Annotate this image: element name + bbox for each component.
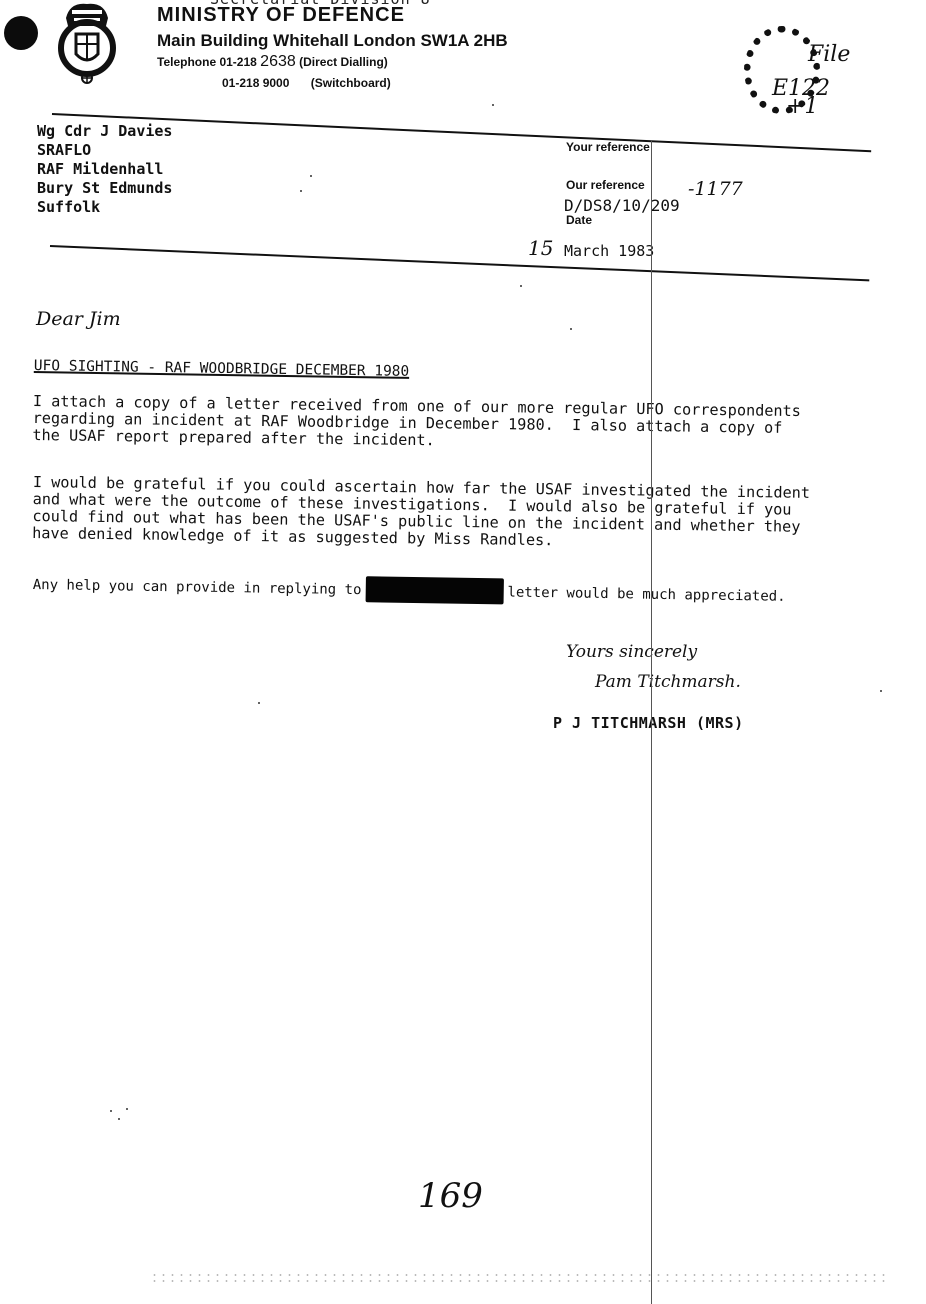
paragraph-text: letter would be much appreciated.	[507, 584, 785, 604]
closing: Yours sincerely	[566, 642, 697, 662]
redaction-block	[365, 576, 503, 604]
scan-speck	[570, 328, 572, 330]
telephone-label: Telephone 01-218	[157, 55, 257, 69]
letter-subject: UFO SIGHTING - RAF WOODBRIDGE DECEMBER 1…	[34, 358, 410, 380]
scan-speck	[310, 175, 312, 177]
date-value: March 1983	[564, 242, 654, 260]
page-number: 169	[418, 1176, 483, 1216]
royal-crest-icon	[52, 0, 122, 84]
file-stamp-label: File	[808, 42, 850, 67]
switchboard-number: 01-218 9000	[222, 76, 289, 90]
organization-address: Main Building Whitehall London SW1A 2HB	[157, 31, 508, 51]
our-reference-handwritten: -1177	[688, 178, 743, 200]
signatory-name: P J TITCHMARSH (MRS)	[553, 714, 744, 732]
salutation: Dear Jim	[36, 308, 121, 330]
recipient-line: Bury St Edmunds	[37, 179, 172, 198]
ink-blot	[4, 16, 38, 50]
organization-name: MINISTRY OF DEFENCE	[157, 4, 405, 27]
body-paragraph: I attach a copy of a letter received fro…	[32, 393, 801, 454]
recipient-line: SRAFLO	[37, 141, 172, 160]
date-day-handwritten: 15	[528, 236, 553, 260]
header-rule-bottom	[50, 245, 869, 281]
recipient-address: Wg Cdr J Davies SRAFLO RAF Mildenhall Bu…	[37, 122, 172, 217]
our-reference-label: Our reference	[566, 178, 645, 192]
switchboard-label: (Switchboard)	[311, 76, 391, 90]
recipient-line: Wg Cdr J Davies	[37, 122, 172, 141]
scan-fold-line	[651, 140, 652, 1304]
scan-speck	[300, 190, 302, 192]
scan-speck	[520, 285, 522, 287]
file-stamp-enclosure: +1	[786, 94, 818, 119]
date-label: Date	[566, 213, 592, 227]
handwritten-signature: Pam Titchmarsh.	[595, 672, 741, 692]
telephone-direct-label: (Direct Dialling)	[299, 55, 388, 69]
body-paragraph: I would be grateful if you could ascerta…	[32, 474, 810, 553]
telephone-direct: Telephone 01-218 2638 (Direct Dialling)	[157, 53, 388, 71]
telephone-switchboard: 01-218 9000 (Switchboard)	[222, 76, 391, 90]
recipient-line: RAF Mildenhall	[37, 160, 172, 179]
scan-speck	[880, 690, 882, 692]
your-reference-label: Your reference	[566, 140, 650, 154]
scan-speck	[492, 104, 494, 106]
scan-noise-footer	[150, 1272, 890, 1282]
telephone-extension: 2638	[260, 53, 296, 70]
recipient-line: Suffolk	[37, 198, 172, 217]
body-paragraph: Any help you can provide in replying tol…	[33, 571, 786, 609]
paragraph-text: Any help you can provide in replying to	[33, 577, 362, 598]
header-rule-top	[52, 113, 871, 152]
scan-speck	[126, 1108, 128, 1110]
scan-speck	[110, 1110, 112, 1112]
scan-speck	[118, 1118, 120, 1120]
scan-speck	[258, 702, 260, 704]
